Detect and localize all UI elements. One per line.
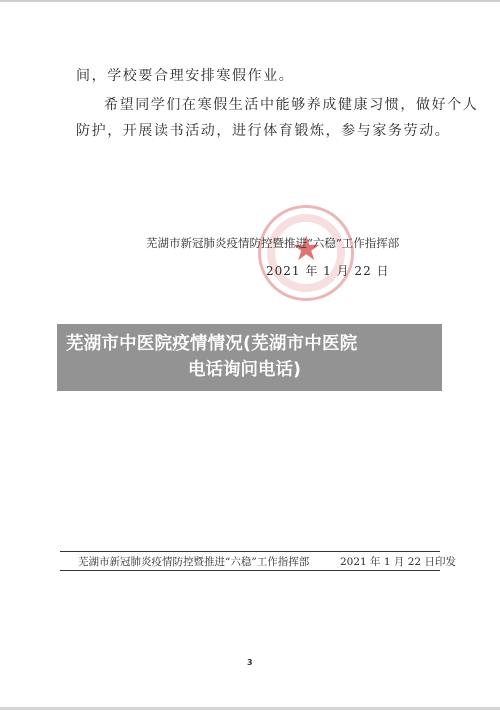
overlay-title-line1: 芜湖市中医院疫情情况(芜湖市中医院 bbox=[57, 331, 442, 357]
body-paragraph-line: 希望同学们在寒假生活中能够养成健康习惯，做好个人 bbox=[104, 93, 464, 117]
title-overlay-banner: 芜湖市中医院疫情情况(芜湖市中医院 电话询问电话) bbox=[57, 324, 442, 391]
overlay-title-line2: 电话询问电话) bbox=[57, 357, 442, 383]
footer-divider-bottom bbox=[60, 570, 440, 571]
body-paragraph-line: 间，学校要合理安排寒假作业。 bbox=[76, 64, 436, 88]
body-paragraph-line: 防护，开展读书活动，进行体育锻炼，参与家务劳动。 bbox=[76, 119, 436, 143]
document-page: 间，学校要合理安排寒假作业。 希望同学们在寒假生活中能够养成健康习惯，做好个人 … bbox=[0, 0, 500, 710]
footer-issue-date: 2021 年 1 月 22 日印发 bbox=[340, 554, 456, 569]
signature-organization: 芜湖市新冠肺炎疫情防控暨推进“六稳”工作指挥部 bbox=[146, 235, 399, 251]
official-seal-stamp: ★ bbox=[258, 205, 354, 301]
footer-organization: 芜湖市新冠肺炎疫情防控暨推进“六稳”工作指挥部 bbox=[78, 554, 309, 569]
signature-date: 2021 年 1 月 22 日 bbox=[266, 262, 390, 279]
footer-divider-top bbox=[60, 551, 440, 552]
page-number: 3 bbox=[247, 658, 253, 667]
